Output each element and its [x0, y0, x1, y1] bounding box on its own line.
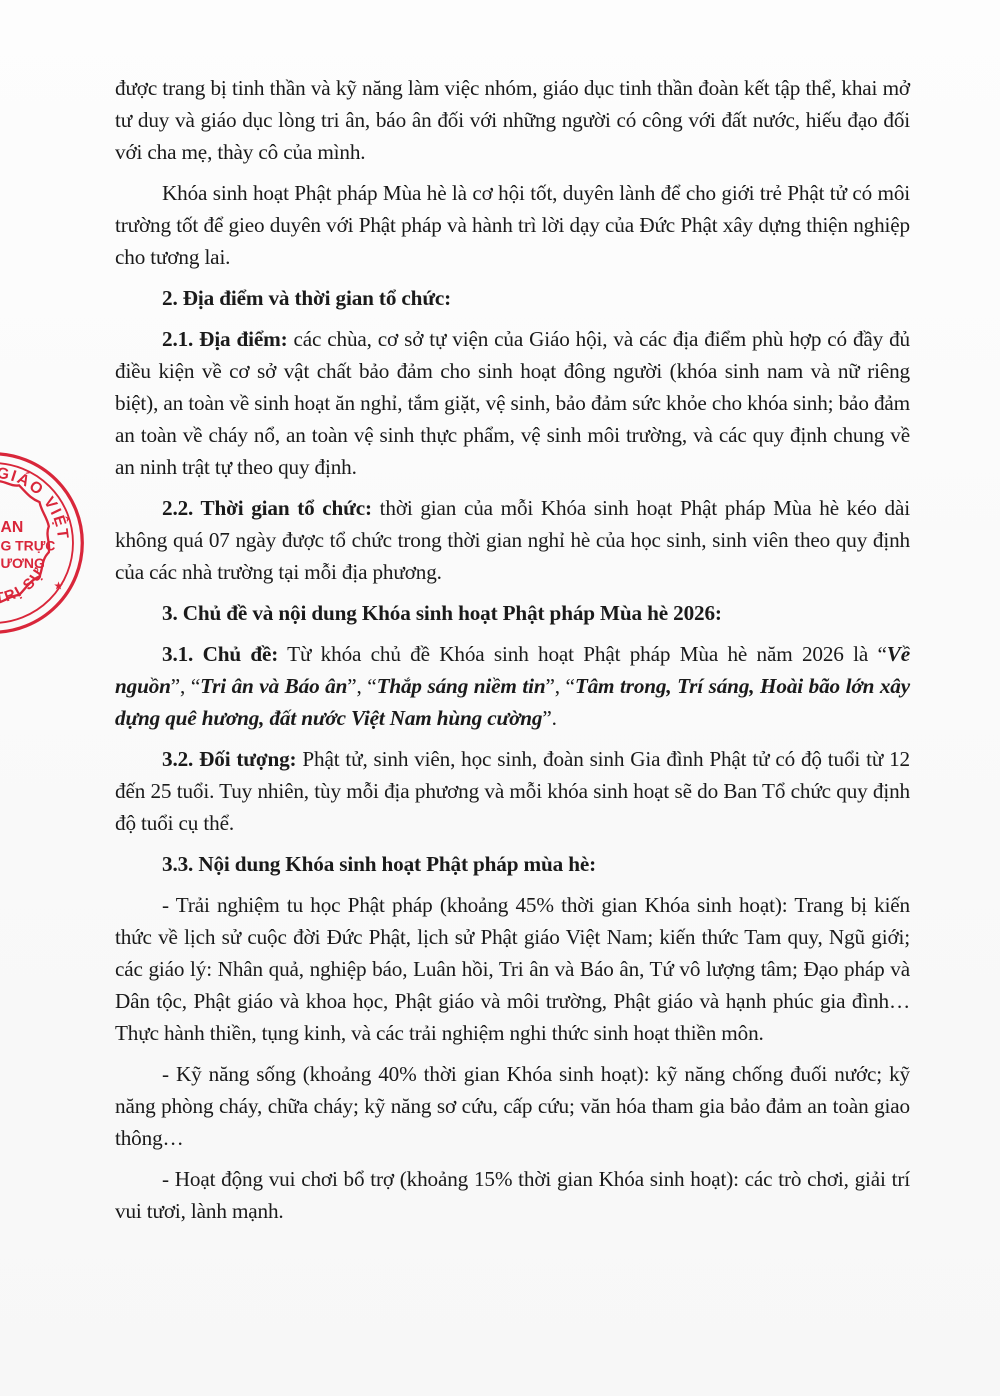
official-seal: GIÁO HỘI PHẬT GIÁO VIỆT NAM TRỊ SỰ ★ AN …: [0, 450, 86, 636]
document-body: được trang bị tinh thần và kỹ năng làm v…: [115, 72, 910, 1236]
document-page: GIÁO HỘI PHẬT GIÁO VIỆT NAM TRỊ SỰ ★ AN …: [0, 0, 1000, 1396]
paragraph-opportunity: Khóa sinh hoạt Phật pháp Mùa hè là cơ hộ…: [115, 177, 910, 273]
section-3-1-theme: 3.1. Chủ đề: Từ khóa chủ đề Khóa sinh ho…: [115, 638, 910, 734]
theme-keyword: Tri ân và Báo ân: [200, 674, 347, 698]
paragraph-intro: được trang bị tinh thần và kỹ năng làm v…: [115, 72, 910, 168]
section-3-1-label: 3.1. Chủ đề:: [162, 642, 278, 666]
svg-text:★: ★: [53, 580, 63, 593]
seal-stamp-icon: GIÁO HỘI PHẬT GIÁO VIỆT NAM TRỊ SỰ ★ AN …: [0, 450, 86, 636]
section-2-2-time: 2.2. Thời gian tổ chức: thời gian của mỗ…: [115, 492, 910, 588]
section-3-1-text: Từ khóa chủ đề Khóa sinh hoạt Phật pháp …: [278, 642, 877, 666]
svg-text:ƯƠNG: ƯƠNG: [0, 555, 44, 571]
theme-keyword: Thắp sáng niềm tin: [377, 674, 546, 698]
section-3-3-heading: 3.3. Nội dung Khóa sinh hoạt Phật pháp m…: [115, 848, 910, 880]
section-2-2-label: 2.2. Thời gian tổ chức:: [162, 496, 372, 520]
section-2-heading: 2. Địa điểm và thời gian tổ chức:: [115, 282, 910, 314]
content-item-practice: - Trải nghiệm tu học Phật pháp (khoảng 4…: [115, 889, 910, 1049]
section-2-1-location: 2.1. Địa điểm: các chùa, cơ sở tự viện c…: [115, 323, 910, 483]
svg-text:G TRỰC: G TRỰC: [0, 537, 55, 553]
svg-text:AN: AN: [0, 519, 23, 536]
section-2-1-label: 2.1. Địa điểm:: [162, 327, 288, 351]
section-3-heading: 3. Chủ đề và nội dung Khóa sinh hoạt Phậ…: [115, 597, 910, 629]
content-item-recreation: - Hoạt động vui chơi bổ trợ (khoảng 15% …: [115, 1163, 910, 1227]
section-3-2-audience: 3.2. Đối tượng: Phật tử, sinh viên, học …: [115, 743, 910, 839]
content-item-life-skills: - Kỹ năng sống (khoảng 40% thời gian Khó…: [115, 1058, 910, 1154]
section-3-2-label: 3.2. Đối tượng:: [162, 747, 296, 771]
